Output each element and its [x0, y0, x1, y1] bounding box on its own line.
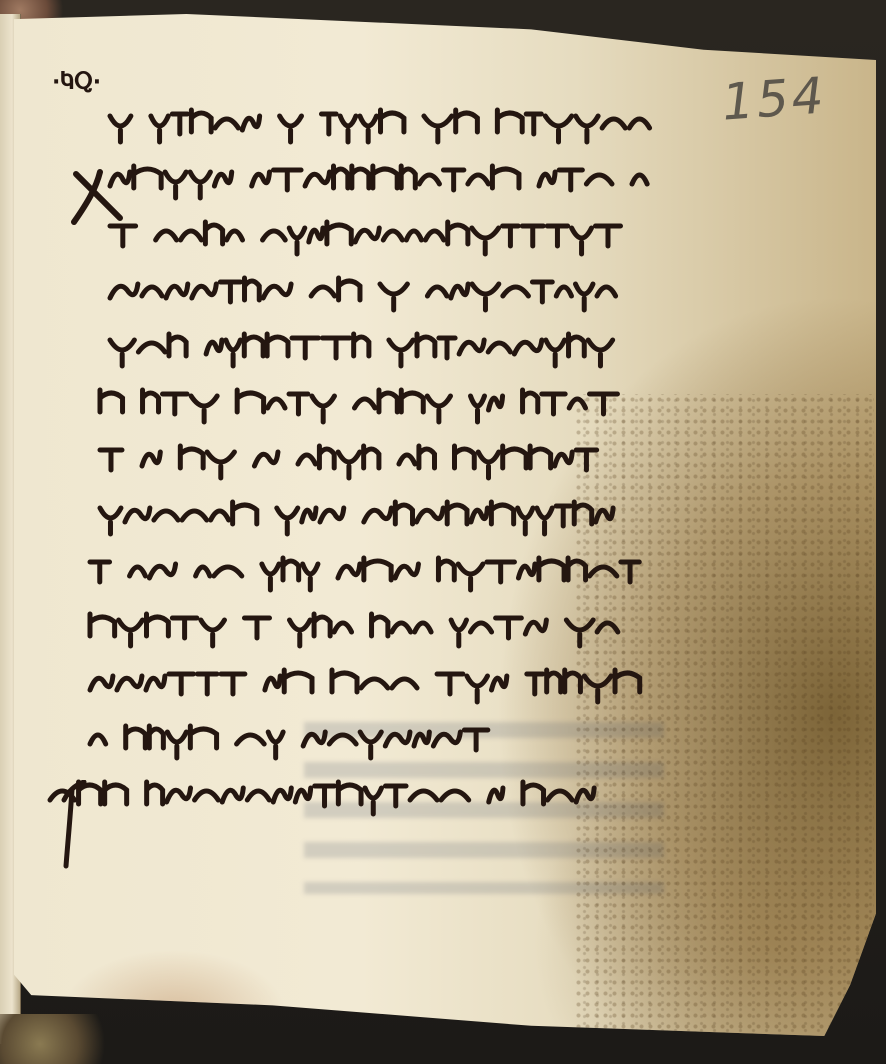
folio-number: 154: [720, 66, 828, 131]
manuscript-line: [40, 706, 660, 762]
manuscript-line: [40, 90, 660, 146]
manuscript-line: [40, 594, 660, 650]
manuscript-line: [40, 146, 660, 202]
manuscript-line: [40, 538, 660, 594]
manuscript-line: [40, 426, 660, 482]
binding-thread-bottom: [0, 1014, 110, 1064]
manuscript-line: [40, 482, 660, 538]
manuscript-line: [40, 370, 660, 426]
manuscript-line: [40, 202, 660, 258]
manuscript-line: [40, 762, 660, 818]
manuscript-line: [40, 258, 660, 314]
manuscript-photo: 154 ·ႩႭ·: [0, 0, 886, 1064]
manuscript-line: [40, 314, 660, 370]
manuscript-line: [40, 650, 660, 706]
manuscript-text-block: [40, 90, 660, 818]
